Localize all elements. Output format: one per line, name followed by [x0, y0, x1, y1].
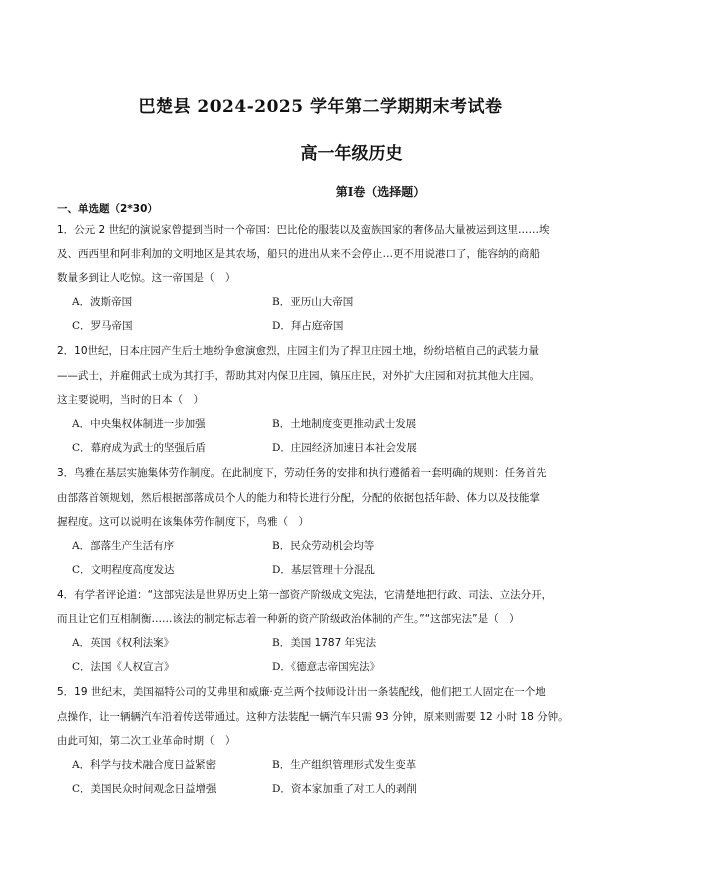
question-text-line: 4．有学者评论道：“这部宪法是世界历史上第一部资产阶级成文宪法，它清楚地把行政、…: [57, 588, 552, 602]
option-d: D．拜占庭帝国: [272, 319, 343, 333]
option-text: 美国 1787 年宪法: [290, 637, 376, 649]
option-a: A．科学与技术融合度日益紧密: [72, 758, 216, 772]
option-a: A．波斯帝国: [72, 295, 132, 309]
option-d: D．庄园经济加速日本社会发展: [272, 441, 417, 455]
exam-page: 巴楚县 2024-2025 学年第二学期期末考试卷 高一年级历史 第I卷（选择题…: [0, 0, 701, 877]
question-text-line: 这主要说明，当时的日本（ ）: [57, 393, 204, 407]
part-title: 第I卷（选择题）: [0, 183, 701, 200]
option-letter: A．: [72, 418, 90, 430]
option-letter: C．: [72, 783, 91, 795]
option-letter: C．: [72, 320, 91, 332]
option-a: A．英国《权利法案》: [72, 636, 174, 650]
option-letter: C．: [72, 661, 91, 673]
question-text-line: 由部落首领规划，然后根据部落成员个人的能力和特长进行分配，分配的依据包括年龄、体…: [57, 491, 540, 505]
question-text-line: 握程度。这可以说明在该集体劳作制度下，鸟雅（ ）: [57, 515, 309, 529]
question-text-line: 及、西西里和阿非利加的文明地区是其农场，船只的进出从来不会停止…更不用说港口了，…: [57, 247, 540, 261]
option-text: 法国《人权宣言》: [91, 661, 175, 673]
option-text: 波斯帝国: [90, 296, 132, 308]
option-text: 罗马帝国: [91, 320, 133, 332]
exam-title-text: 巴楚县 2024-2025 学年第二学期期末考试卷: [138, 92, 502, 117]
question-text-line: 5．19 世纪末，美国福特公司的艾弗里和威廉·克兰两个技师设计出一条装配线，他们…: [57, 685, 546, 699]
option-text: 亚历山大帝国: [290, 296, 353, 308]
question-text-line: 数量多到让人吃惊。这一帝国是（ ）: [57, 271, 236, 285]
option-letter: B．: [272, 418, 290, 430]
option-letter: B．: [272, 637, 290, 649]
exam-title: 巴楚县 2024-2025 学年第二学期期末考试卷: [0, 92, 701, 117]
question-text-line: 1．公元 2 世纪的演说家曾提到当时一个帝国：巴比伦的服装以及蛮族国家的奢侈品大…: [57, 223, 550, 237]
option-b: B．生产组织管理形式发生变革: [272, 758, 416, 772]
option-letter: A．: [72, 637, 90, 649]
option-letter: C．: [72, 442, 91, 454]
option-d: D．基层管理十分混乱: [272, 563, 375, 577]
option-c: C．法国《人权宣言》: [72, 660, 175, 674]
option-text: 土地制度变更推动武士发展: [290, 418, 416, 430]
option-b: B．土地制度变更推动武士发展: [272, 417, 416, 431]
option-text: 生产组织管理形式发生变革: [290, 759, 416, 771]
option-text: 拜占庭帝国: [291, 320, 344, 332]
question-text-line: 2．10世纪，日本庄园产生后土地纷争愈演愈烈，庄园主们为了捍卫庄园土地，纷纷培植…: [57, 344, 539, 358]
option-text: 中央集权体制进一步加强: [90, 418, 206, 430]
option-c: C．幕府成为武士的坚强后盾: [72, 441, 206, 455]
option-a: A．部落生产生活有序: [72, 539, 174, 553]
option-letter: D．: [272, 442, 291, 454]
option-letter: C．: [72, 564, 91, 576]
question-text-line: 3．鸟雅在基层实施集体劳作制度。在此制度下，劳动任务的安排和执行遵循着一套明确的…: [57, 466, 547, 480]
option-b: B．民众劳动机会均等: [272, 539, 374, 553]
option-letter: B．: [272, 296, 290, 308]
option-text: 幕府成为武士的坚强后盾: [91, 442, 207, 454]
option-letter: A．: [72, 296, 90, 308]
question-text-line: ——武士，并雇佣武士成为其打手，帮助其对内保卫庄园，镇压庄民，对外扩大庄园和对抗…: [57, 369, 540, 383]
option-letter: B．: [272, 759, 290, 771]
option-letter: D．: [272, 564, 291, 576]
option-b: B．美国 1787 年宪法: [272, 636, 376, 650]
option-d: D．《德意志帝国宪法》: [272, 660, 380, 674]
exam-subtitle-text: 高一年级历史: [301, 139, 403, 164]
option-letter: D．: [272, 783, 291, 795]
option-d: D．资本家加重了对工人的剥削: [272, 782, 417, 796]
option-text: 《德意志帝国宪法》: [291, 661, 380, 673]
option-c: C．罗马帝国: [72, 319, 133, 333]
question-text-line: 而且让它们互相制衡……该法的制定标志着一种新的资产阶级政治体制的产生。”“这部宪…: [57, 612, 520, 626]
option-c: C．文明程度高度发达: [72, 563, 175, 577]
option-c: C．美国民众时间观念日益增强: [72, 782, 217, 796]
option-text: 资本家加重了对工人的剥削: [291, 783, 417, 795]
option-letter: A．: [72, 759, 90, 771]
option-letter: D．: [272, 320, 291, 332]
option-letter: D．: [272, 661, 291, 673]
option-text: 科学与技术融合度日益紧密: [90, 759, 216, 771]
option-text: 民众劳动机会均等: [290, 540, 374, 552]
option-text: 文明程度高度发达: [91, 564, 175, 576]
section-title: 一、单选题（2*30）: [57, 201, 158, 216]
option-letter: B．: [272, 540, 290, 552]
option-text: 庄园经济加速日本社会发展: [291, 442, 417, 454]
option-b: B．亚历山大帝国: [272, 295, 353, 309]
exam-subtitle: 高一年级历史: [0, 139, 701, 164]
option-text: 英国《权利法案》: [90, 637, 174, 649]
option-text: 美国民众时间观念日益增强: [91, 783, 217, 795]
option-a: A．中央集权体制进一步加强: [72, 417, 206, 431]
part-title-text: 第I卷（选择题）: [336, 183, 426, 200]
option-letter: A．: [72, 540, 90, 552]
option-text: 基层管理十分混乱: [291, 564, 375, 576]
question-text-line: 点操作，让一辆辆汽车沿着传送带通过。这种方法装配一辆汽车只需 93 分钟，原来则…: [57, 710, 569, 724]
question-text-line: 由此可知，第二次工业革命时期（ ）: [57, 734, 236, 748]
option-text: 部落生产生活有序: [90, 540, 174, 552]
